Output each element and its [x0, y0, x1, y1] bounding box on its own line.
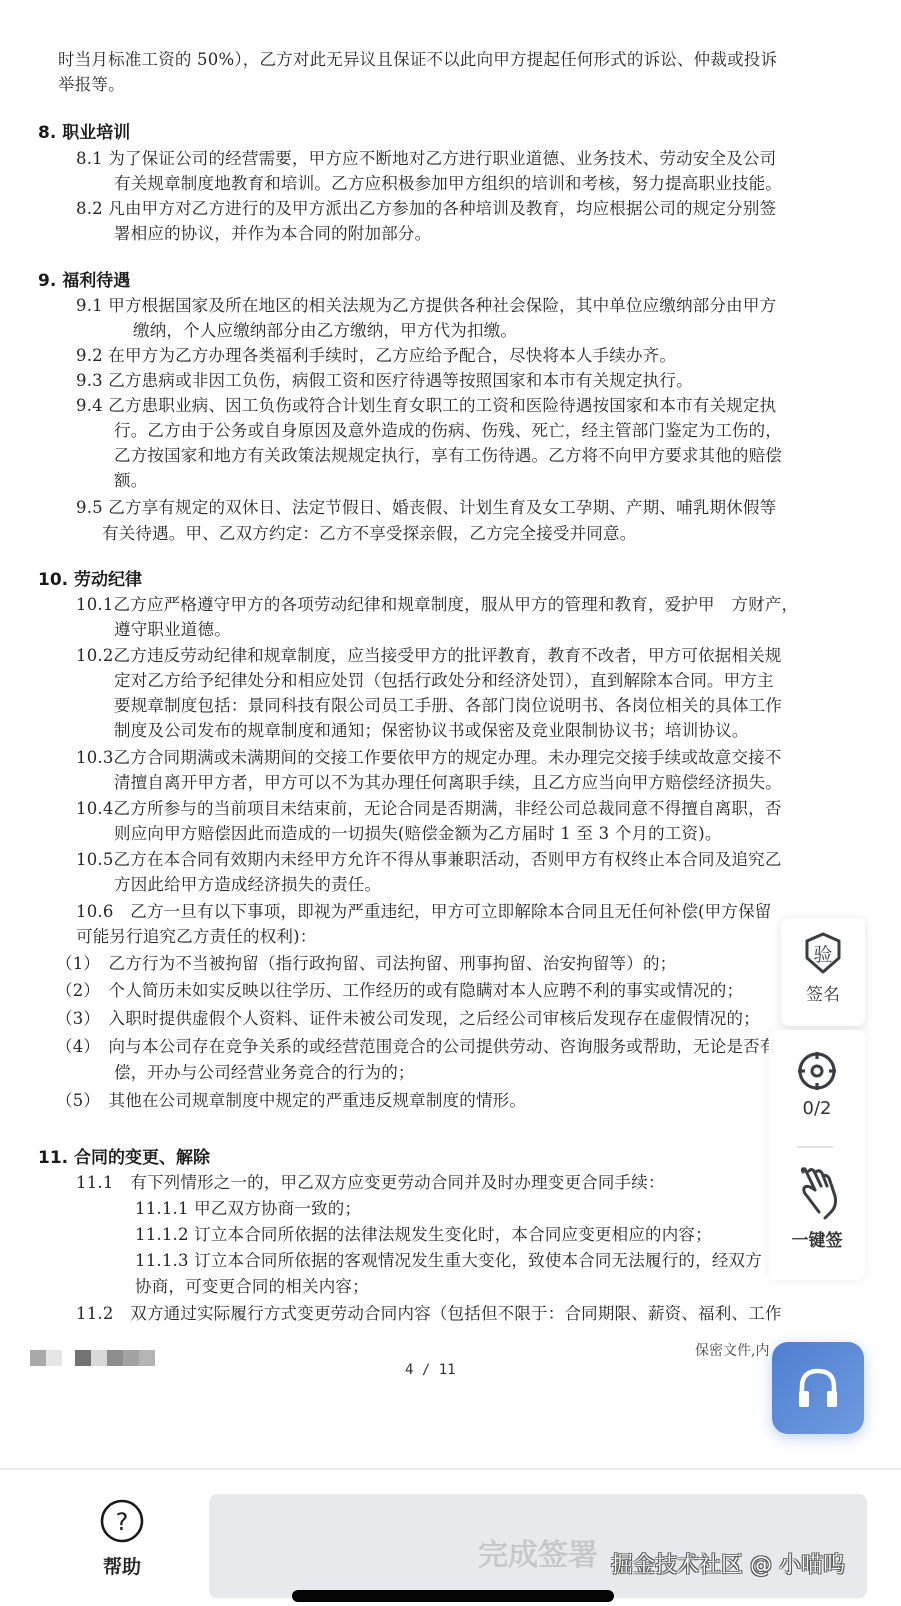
help-label: 帮助	[82, 1552, 162, 1579]
redacted-company-logo	[30, 1350, 155, 1366]
contract-text-line: 偿，开办与公司经营业务竞合的行为的；	[114, 1062, 415, 1084]
contract-text-line: 缴纳，个人应缴纳部分由乙方缴纳，甲方代为扣缴。	[133, 320, 517, 342]
signature-tools-panel: 0/2 一键签	[769, 1030, 865, 1280]
home-indicator[interactable]	[292, 1590, 614, 1602]
svg-text:?: ?	[116, 1508, 129, 1536]
contract-text-line: （5） 其他在公司规章制度中规定的严重违反规章制度的情形。	[56, 1090, 526, 1112]
contract-text-line: （1） 乙方行为不当被拘留（指行政拘留、司法拘留、刑事拘留、治安拘留等）的；	[56, 953, 676, 975]
contract-text-line: 时当月标准工资的 50%），乙方对此无异议且保证不以此向甲方提起任何形式的诉讼、…	[58, 49, 777, 71]
locate-count: 0/2	[769, 1098, 865, 1119]
verify-label: 签名	[781, 980, 865, 1005]
help-button[interactable]: ? 帮助	[82, 1498, 162, 1578]
confidential-footer-text: 保密文件,内	[695, 1340, 769, 1360]
panel-divider	[797, 1146, 833, 1148]
contract-text-line: 11.1 有下列情形之一的，甲乙双方应变更劳动合同并及时办理变更合同手续：	[76, 1172, 665, 1194]
contract-text-line: 要规章制度包括：景同科技有限公司员工手册、各部门岗位说明书、各岗位相关的具体工作	[114, 695, 782, 717]
contract-text-line: 11.1.3 订立本合同所依据的客观情况发生重大变化，致使本合同无法履行的，经双…	[135, 1250, 762, 1272]
contract-text-line: 9.5 乙方享有规定的双休日、法定节假日、婚丧假、计划生育及女工孕期、产期、哺乳…	[76, 497, 776, 519]
page-indicator: 4 / 11	[405, 1362, 456, 1378]
contract-text-line: 乙方按国家和地方有关政策法规规定执行，享有工伤待遇。乙方将不向甲方要求其他的赔偿	[114, 445, 782, 467]
contract-text-line: 协商，可变更合同的相关内容；	[135, 1276, 369, 1298]
crosshair-icon	[796, 1050, 838, 1092]
contract-text-line: 11.1.2 订立本合同所依据的法律法规发生变化时，本合同应变更相应的内容；	[135, 1224, 712, 1246]
section-heading: 11. 合同的变更、解除	[38, 1147, 210, 1169]
headphones-icon	[795, 1365, 841, 1411]
contract-text-line: 9.2 在甲方为乙方办理各类福利手续时，乙方应给予配合，尽快将本人手续办齐。	[76, 345, 676, 367]
contract-text-line: 8.1 为了保证公司的经营需要，甲方应不断地对乙方进行职业道德、业务技术、劳动安…	[76, 148, 776, 170]
verify-icon-char: 验	[808, 940, 838, 967]
contract-text-line: 遵守职业道德。	[114, 619, 231, 641]
contract-text-line: 10.4乙方所参与的当前项目未结束前，无论合同是否期满，非经公司总裁同意不得擅自…	[76, 798, 782, 820]
section-heading: 10. 劳动纪律	[38, 569, 142, 591]
contract-text-line: （4） 向与本公司存在竞争关系的或经营范围竞合的公司提供劳动、咨询服务或帮助，无…	[56, 1036, 777, 1058]
contract-text-line: 10.5乙方在本合同有效期内未经甲方允许不得从事兼职活动，否则甲方有权终止本合同…	[76, 849, 782, 871]
contract-text-line: 10.2乙方违反劳动纪律和规章制度，应当接受甲方的批评教育，教育不改者，甲方可依…	[76, 645, 782, 667]
contract-text-line: 举报等。	[58, 74, 125, 96]
contract-text-line: 可能另行追究乙方责任的权利)：	[76, 926, 316, 948]
contract-text-line: 11.1.1 甲乙双方协商一致的；	[135, 1198, 361, 1220]
contract-text-line: 有关规章制度地教育和培训。乙方应积极参加甲方组织的培训和考核，努力提高职业技能。	[114, 173, 782, 195]
contract-text-line: 清擅自离开甲方者，甲方可以不为其办理任何离职手续，且乙方应当向甲方赔偿经济损失。	[114, 772, 782, 794]
contract-text-line: （2） 个人简历未如实反映以往学历、工作经历的或有隐瞒对本人应聘不利的事实或情况…	[56, 980, 743, 1002]
contract-text-line: 8.2 凡由甲方对乙方进行的及甲方派出乙方参加的各种培训及教育，均应根据公司的规…	[76, 198, 776, 220]
contract-text-line: 11.2 双方通过实际履行方式变更劳动合同内容（包括但不限于：合同期限、薪资、福…	[76, 1303, 782, 1325]
contract-document-page[interactable]: 8. 职业培训9. 福利待遇10. 劳动纪律11. 合同的变更、解除时当月标准工…	[0, 0, 901, 1468]
contract-text-line: 10.1乙方应严格遵守甲方的各项劳动纪律和规章制度，服从甲方的管理和教育，爱护甲…	[76, 594, 798, 616]
contract-text-line: 10.6 乙方一旦有以下事项，即视为严重违纪，甲方可立即解除本合同且无任何补偿(…	[76, 901, 771, 923]
contract-text-line: 定对乙方给予纪律处分和相应处罚（包括行政处分和经济处罚），直到解除本合同。甲方主	[114, 670, 774, 692]
pointing-hand-icon	[797, 1166, 843, 1222]
contract-text-line: 9.1 甲方根据国家及所在地区的相关法规为乙方提供各种社会保险，其中单位应缴纳部…	[76, 295, 776, 317]
contract-text-line: 行。乙方由于公务或自身原因及意外造成的伤病、伤残、死亡，经主管部门鉴定为工伤的，	[114, 420, 782, 442]
contract-text-line: 9.4 乙方患职业病、因工负伤或符合计划生育女职工的工资和医险待遇按国家和本市有…	[76, 395, 776, 417]
watermark-text: 掘金技术社区 @ 小喵呜	[611, 1548, 845, 1579]
question-circle-icon: ?	[99, 1498, 145, 1544]
contract-text-line: （3） 入职时提供虚假个人资料、证件未被公司发现，之后经公司审核后发现存在虚假情…	[56, 1008, 760, 1030]
section-heading: 8. 职业培训	[38, 122, 130, 144]
finish-signing-button[interactable]: 完成签署	[209, 1494, 867, 1598]
one-click-sign-button[interactable]: 一键签	[769, 1160, 865, 1270]
contract-text-line: 则应向甲方赔偿因此而造成的一切损失(赔偿金额为乙方届时 1 至 3 个月的工资)…	[114, 823, 722, 845]
audio-assistant-button[interactable]	[772, 1342, 864, 1434]
contract-text-line: 9.3 乙方患病或非因工负伤，病假工资和医疗待遇等按照国家和本市有关规定执行。	[76, 370, 693, 392]
contract-text-line: 10.3乙方合同期满或未满期间的交接工作要依甲方的规定办理。未办理完交接手续或故…	[76, 747, 782, 769]
contract-text-line: 方因此给甲方造成经济损失的责任。	[114, 874, 381, 896]
contract-text-line: 有关待遇。甲、乙双方约定：乙方不享受探亲假，乙方完全接受并同意。	[102, 523, 636, 545]
contract-text-line: 制度及公司发布的规章制度和通知；保密协议书或保密及竞业限制协议书；培训协议。	[114, 720, 749, 742]
contract-text-line: 署相应的协议，并作为本合同的附加部分。	[114, 223, 431, 245]
verify-signature-button[interactable]: 验 签名	[781, 918, 865, 1026]
section-heading: 9. 福利待遇	[38, 270, 130, 292]
locate-signature-button[interactable]: 0/2	[769, 1030, 865, 1140]
contract-text-line: 额。	[114, 470, 147, 492]
one-click-sign-label: 一键签	[769, 1226, 865, 1251]
